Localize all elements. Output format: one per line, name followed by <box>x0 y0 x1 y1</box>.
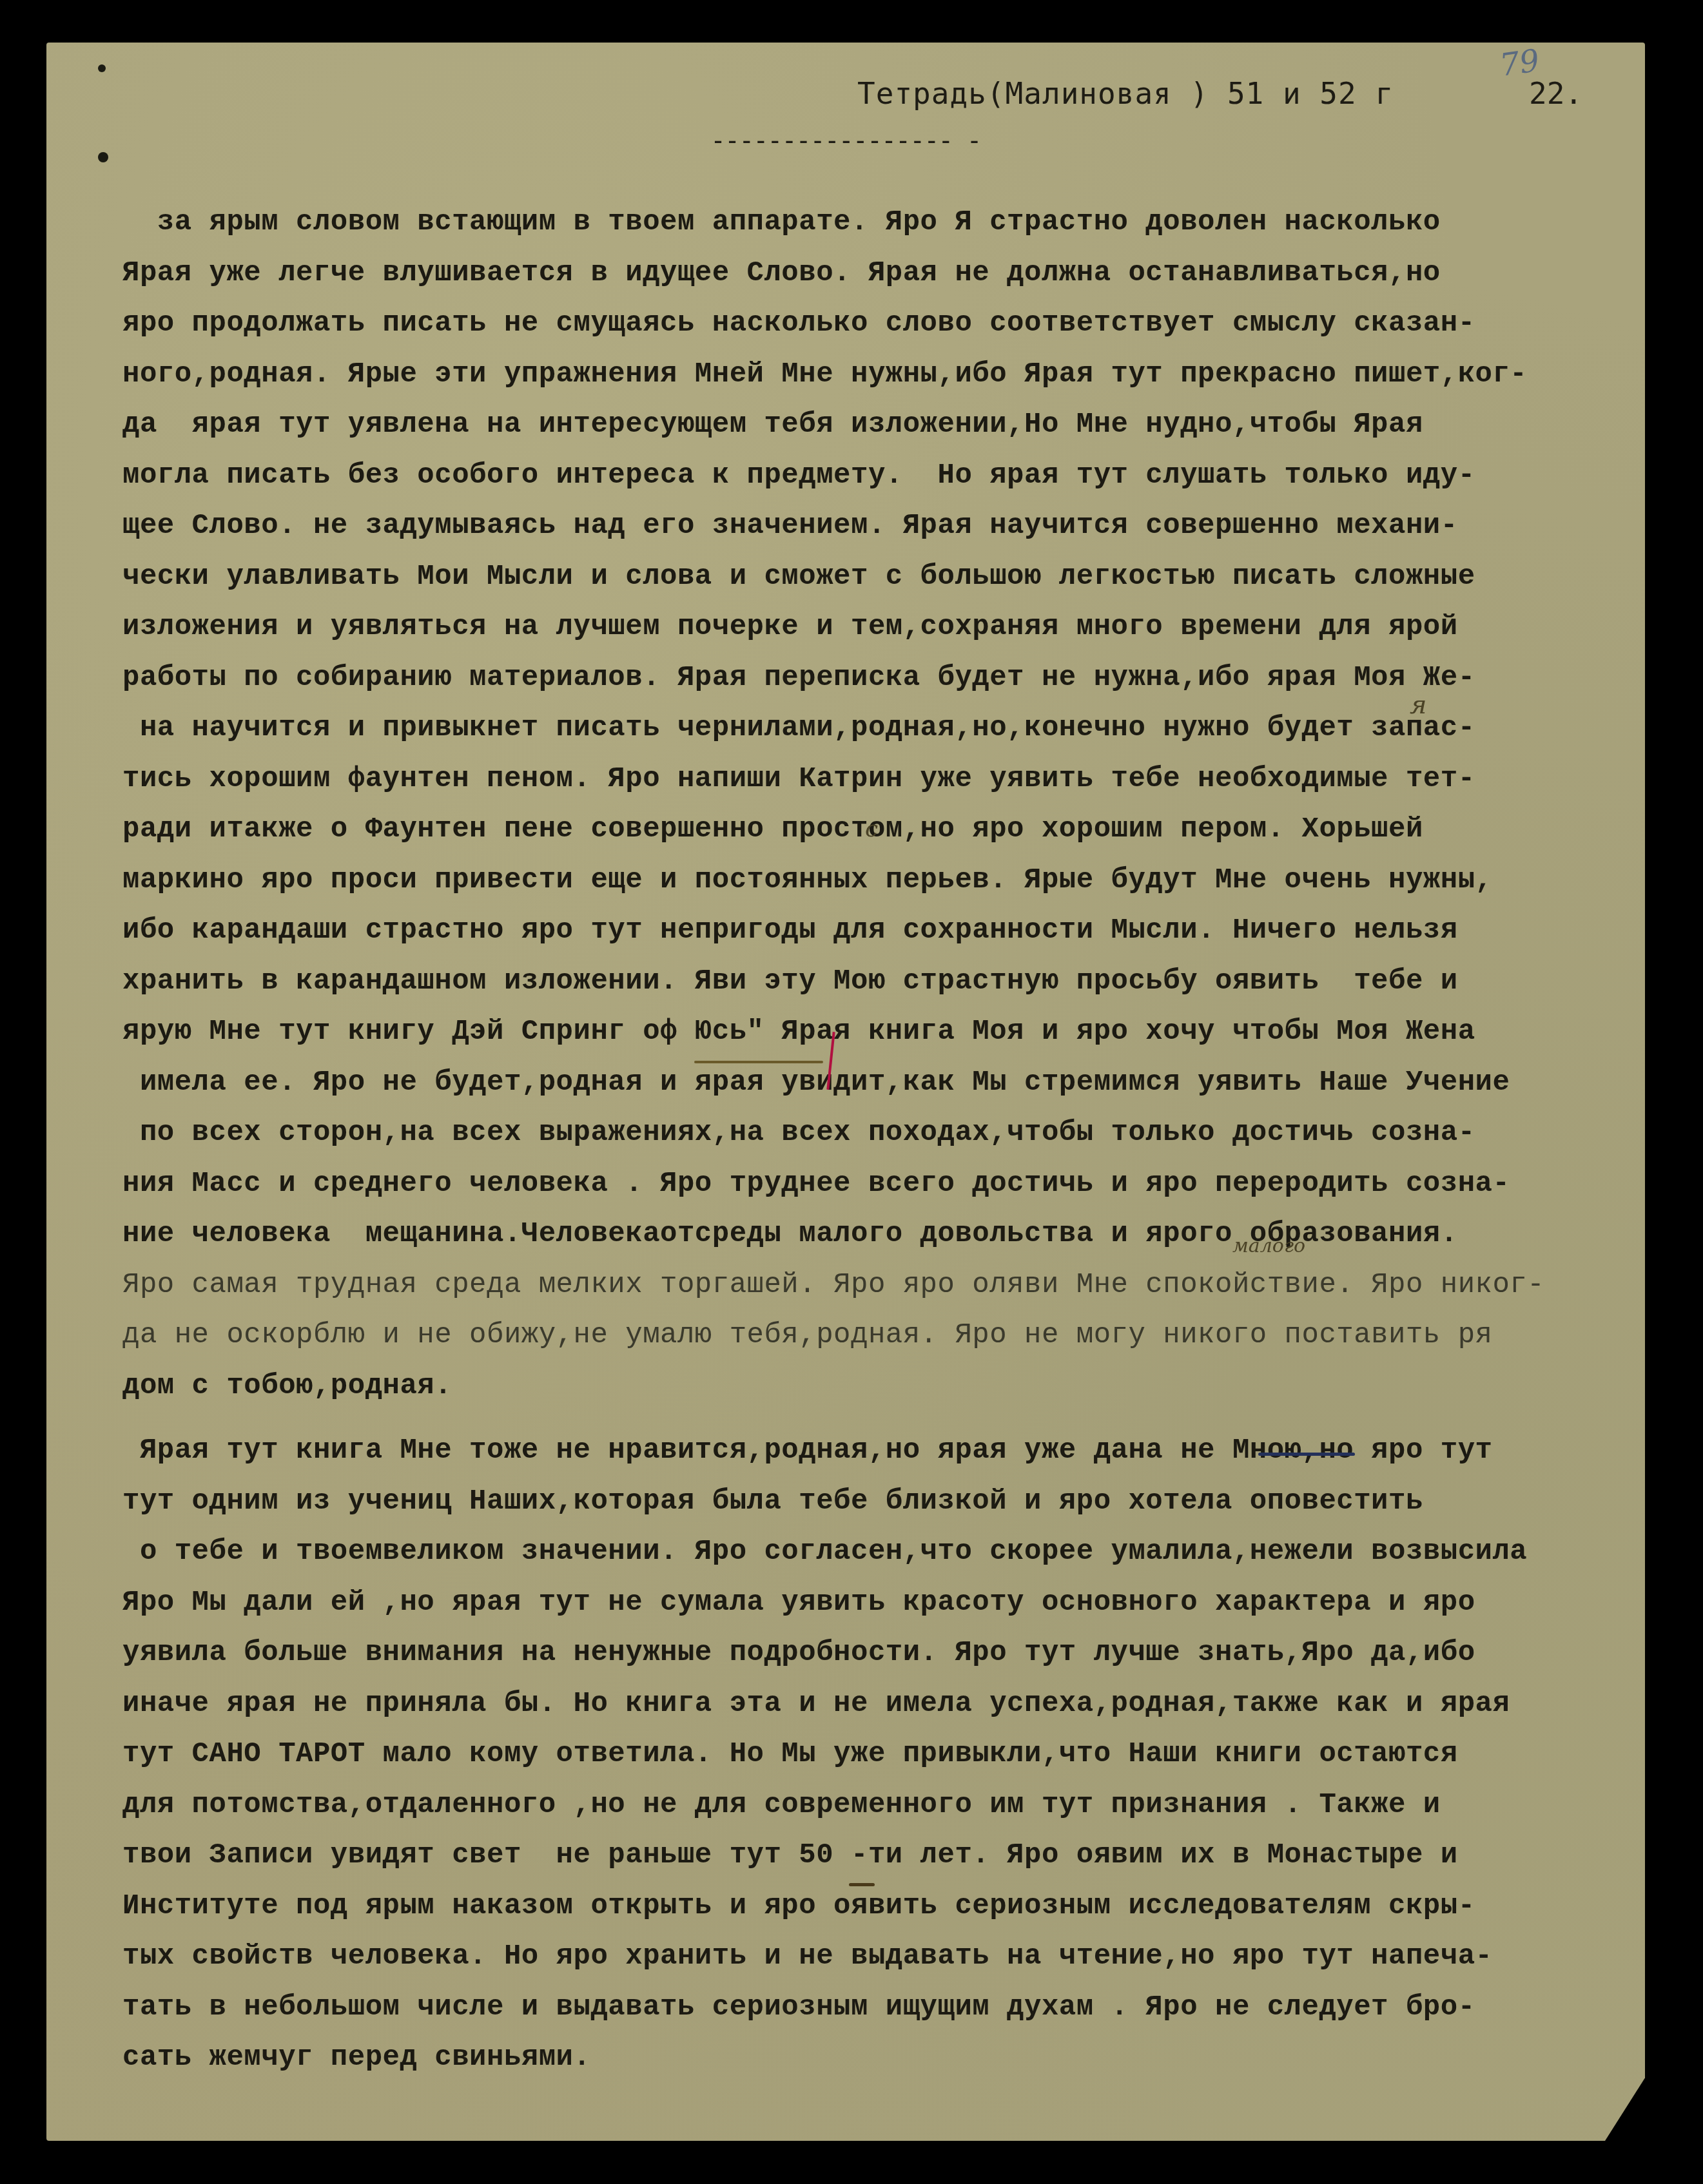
text-line: дом с тобою,родная. <box>122 1361 1624 1412</box>
paragraph-2: Ярая тут книга Мне тоже не нравится,родн… <box>122 1425 1624 2083</box>
paragraph-gap <box>122 1411 1624 1425</box>
text-line: могла писать без особого интереса к пред… <box>122 450 1624 501</box>
text-line: Ярая тут книга Мне тоже не нравится,родн… <box>122 1425 1624 1476</box>
text-line: на научится и привыкнет писать чернилами… <box>122 703 1624 754</box>
text-line: для потомства,отдаленного ,но не для сов… <box>122 1780 1624 1831</box>
text-line: тых свойств человека. Но яро хранить и н… <box>122 1931 1624 1982</box>
text-line: Ярая уже легче влушивается в идущее Слов… <box>122 248 1624 299</box>
document-page: 79 Тетрадь(Малиновая ) 51 и 52 г 22. ---… <box>46 43 1645 2141</box>
text-line: да ярая тут уявлена на интересующем тебя… <box>122 400 1624 450</box>
text-line: сать жемчуг перед свиньями. <box>122 2033 1624 2083</box>
text-line: ного,родная. Ярые эти упражнения Мней Мн… <box>122 349 1624 400</box>
text-line: ние человека мещанина.Человекаотсреды ма… <box>122 1209 1624 1260</box>
text-line: Яро самая трудная среда мелких торгашей.… <box>122 1260 1624 1311</box>
text-line: тать в небольшом числе и выдавать сериоз… <box>122 1982 1624 2033</box>
text-line: Институте под ярым наказом открыть и яро… <box>122 1881 1624 1932</box>
page-number: 22. <box>1529 76 1582 111</box>
text-line: тись хорошим фаунтен пеном. Яро напиши К… <box>122 754 1624 805</box>
pencil-underline-day-spring <box>694 1061 823 1063</box>
punch-hole-bottom <box>98 152 108 162</box>
paragraph-1: за ярым словом встающим в твоем аппарате… <box>122 197 1624 1411</box>
text-line: тут САНО ТАРОТ мало кому ответила. Но Мы… <box>122 1729 1624 1780</box>
text-line: ния Масс и среднего человека . Яро трудн… <box>122 1159 1624 1210</box>
text-line: имела ее. Яро не будет,родная и ярая уви… <box>122 1058 1624 1108</box>
text-line: изложения и уявляться на лучшем почерке … <box>122 602 1624 653</box>
text-line: щее Слово. не задумываясь над его значен… <box>122 501 1624 552</box>
document-body: за ярым словом встающим в твоем аппарате… <box>122 197 1624 2083</box>
handwritten-correction-ya: я <box>1410 690 1426 720</box>
text-line: о тебе и твоемвеликом значении. Яро согл… <box>122 1527 1624 1578</box>
text-line: тут одним из учениц Наших,которая была т… <box>122 1476 1624 1527</box>
text-line: иначе ярая не приняла бы. Но книга эта и… <box>122 1679 1624 1730</box>
text-line: за ярым словом встающим в твоем аппарате… <box>122 197 1624 248</box>
blue-ink-underline <box>1258 1453 1355 1456</box>
text-line: чески улавливать Мои Мысли и слова и смо… <box>122 552 1624 603</box>
text-line: твои Записи увидят свет не раньше тут 50… <box>122 1830 1624 1881</box>
pencil-underline-50 <box>849 1883 875 1886</box>
text-line: маркино яро проси привести еще и постоян… <box>122 855 1624 906</box>
header-underline: ----------------- - <box>710 126 981 156</box>
text-line: Яро Мы дали ей ,но ярая тут не сумала уя… <box>122 1578 1624 1628</box>
text-line: ярую Мне тут книгу Дэй Спринг оф Юсь" Яр… <box>122 1007 1624 1058</box>
text-line: уявила больше внимания на ненужные подро… <box>122 1628 1624 1679</box>
text-line: яро продолжать писать не смущаясь наскол… <box>122 298 1624 349</box>
text-line: по всех сторон,на всех выражениях,на все… <box>122 1108 1624 1159</box>
punch-hole-top <box>98 64 106 72</box>
text-line: ибо карандаши страстно яро тут непригоды… <box>122 905 1624 956</box>
text-line: да не оскорблю и не обижу,не умалю тебя,… <box>122 1310 1624 1361</box>
text-line: хранить в карандашном изложении. Яви эту… <box>122 956 1624 1007</box>
handwritten-correction-malogo: малого <box>1232 1235 1305 1257</box>
notebook-title: Тетрадь(Малиновая ) 51 и 52 г <box>857 76 1394 111</box>
handwritten-correction-s: с <box>865 816 878 842</box>
text-line: работы по собиранию материалов. Ярая пер… <box>122 653 1624 704</box>
